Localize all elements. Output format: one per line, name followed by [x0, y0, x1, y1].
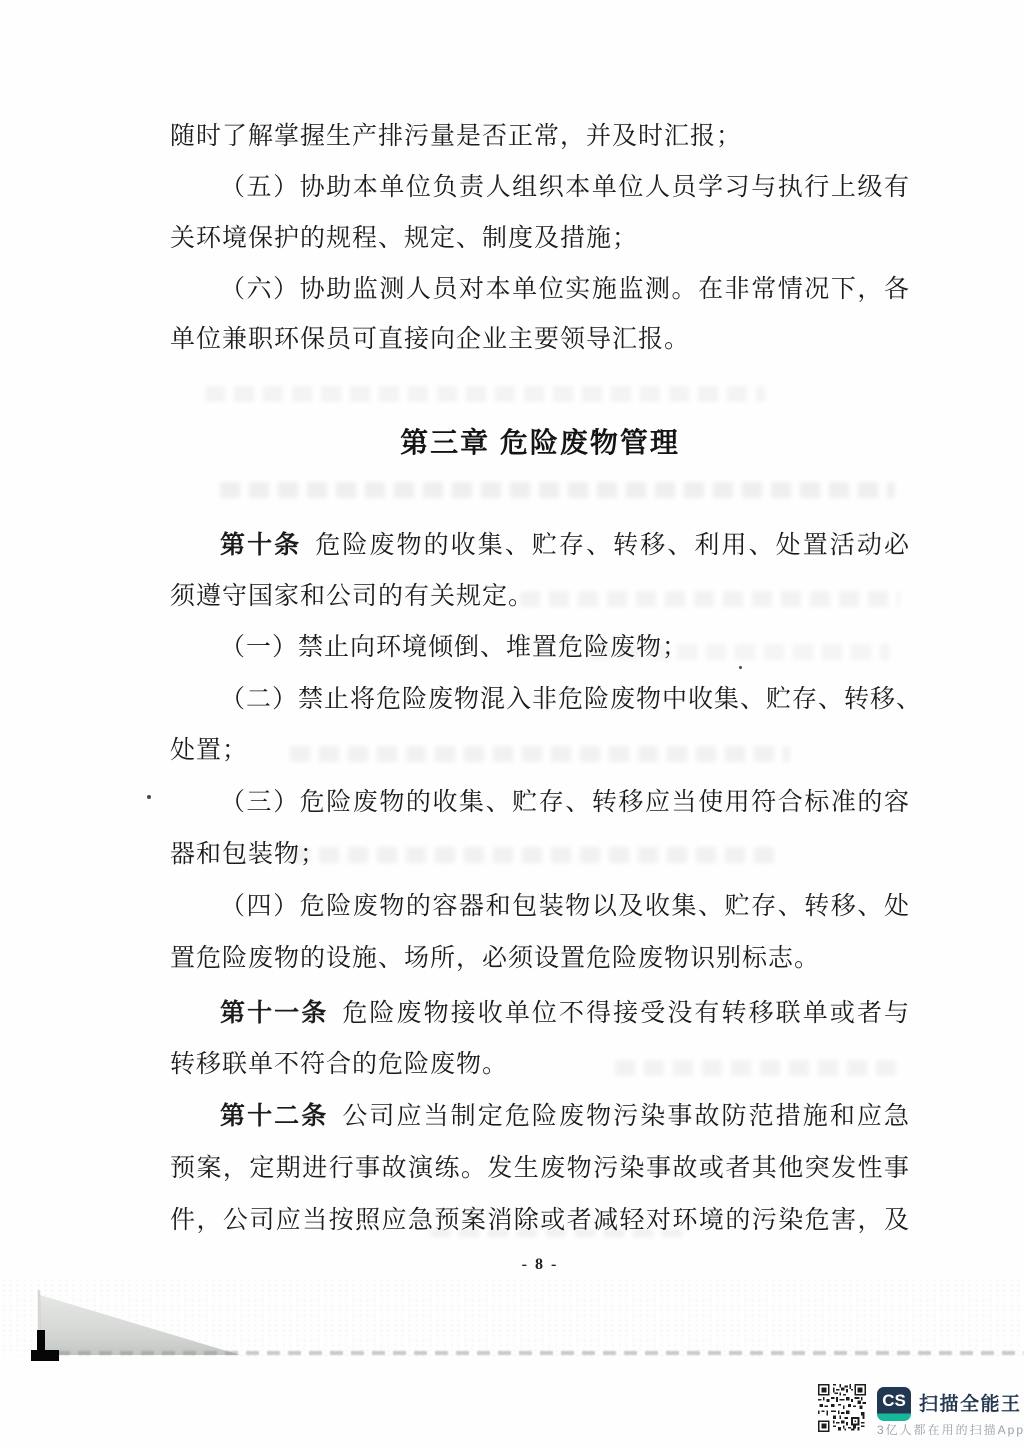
scanner-watermark: CS 扫描全能王 3亿人都在用的扫描App	[818, 1382, 1018, 1442]
page-text-line: （一）禁止向环境倾倒、堆置危险废物；	[170, 632, 910, 666]
page-text-line: （三）危险废物的收集、贮存、转移应当使用符合标准的容	[170, 787, 910, 821]
page-text-line: 单位兼职环保员可直接向企业主要领导汇报。	[170, 324, 910, 358]
page-bottom-edge	[36, 1351, 1024, 1355]
page-text-line: 第十条危险废物的收集、贮存、转移、利用、处置活动必	[170, 530, 910, 564]
page-text-line: （五）协助本单位负责人组织本单位人员学习与执行上级有	[170, 172, 910, 206]
camscanner-app-icon: CS	[877, 1387, 911, 1421]
page-text-line: 处置；	[170, 735, 910, 769]
camscanner-title: 扫描全能王	[919, 1389, 1022, 1416]
page-text-line: 器和包装物；	[170, 839, 910, 873]
page-number: - 8 -	[170, 1256, 910, 1274]
ink-speck	[147, 795, 151, 799]
page-text-line: （二）禁止将危险废物混入非危险废物中收集、贮存、转移、	[170, 684, 910, 718]
chapter-heading: 第三章 危险废物管理	[170, 421, 910, 457]
scanned-document-page: 随时了解掌握生产排污量是否正常，并及时汇报； （五）协助本单位负责人组织本单位人…	[0, 0, 1024, 1449]
ghost-bleed-line	[220, 482, 895, 498]
page-text-line: 转移联单不符合的危险废物。	[170, 1049, 910, 1083]
page-text-line: 关环境保护的规程、规定、制度及措施；	[170, 223, 910, 257]
page-text-line: 随时了解掌握生产排污量是否正常，并及时汇报；	[170, 121, 910, 155]
page-text-line: 置危险废物的设施、场所，必须设置危险废物识别标志。	[170, 943, 910, 977]
page-text-line: 预案，定期进行事故演练。发生废物污染事故或者其他突发性事	[170, 1153, 910, 1187]
binder-mark	[31, 1350, 59, 1361]
page-text-line: （六）协助监测人员对本单位实施监测。在非常情况下，各	[170, 274, 910, 308]
ghost-bleed-line	[205, 386, 765, 402]
qr-code-icon	[818, 1384, 866, 1432]
camscanner-subtitle: 3亿人都在用的扫描App	[877, 1421, 1024, 1438]
page-text-line: 件，公司应当按照应急预案消除或者减轻对环境的污染危害，及	[170, 1205, 910, 1239]
page-text-line: 第十二条公司应当制定危险废物污染事故防范措施和应急	[170, 1101, 910, 1135]
page-text-line: （四）危险废物的容器和包装物以及收集、贮存、转移、处	[170, 891, 910, 925]
page-text-line: 须遵守国家和公司的有关规定。	[170, 581, 910, 615]
ink-speck	[739, 666, 742, 669]
page-text-line: 第十一条危险废物接收单位不得接受没有转移联单或者与	[170, 998, 910, 1032]
